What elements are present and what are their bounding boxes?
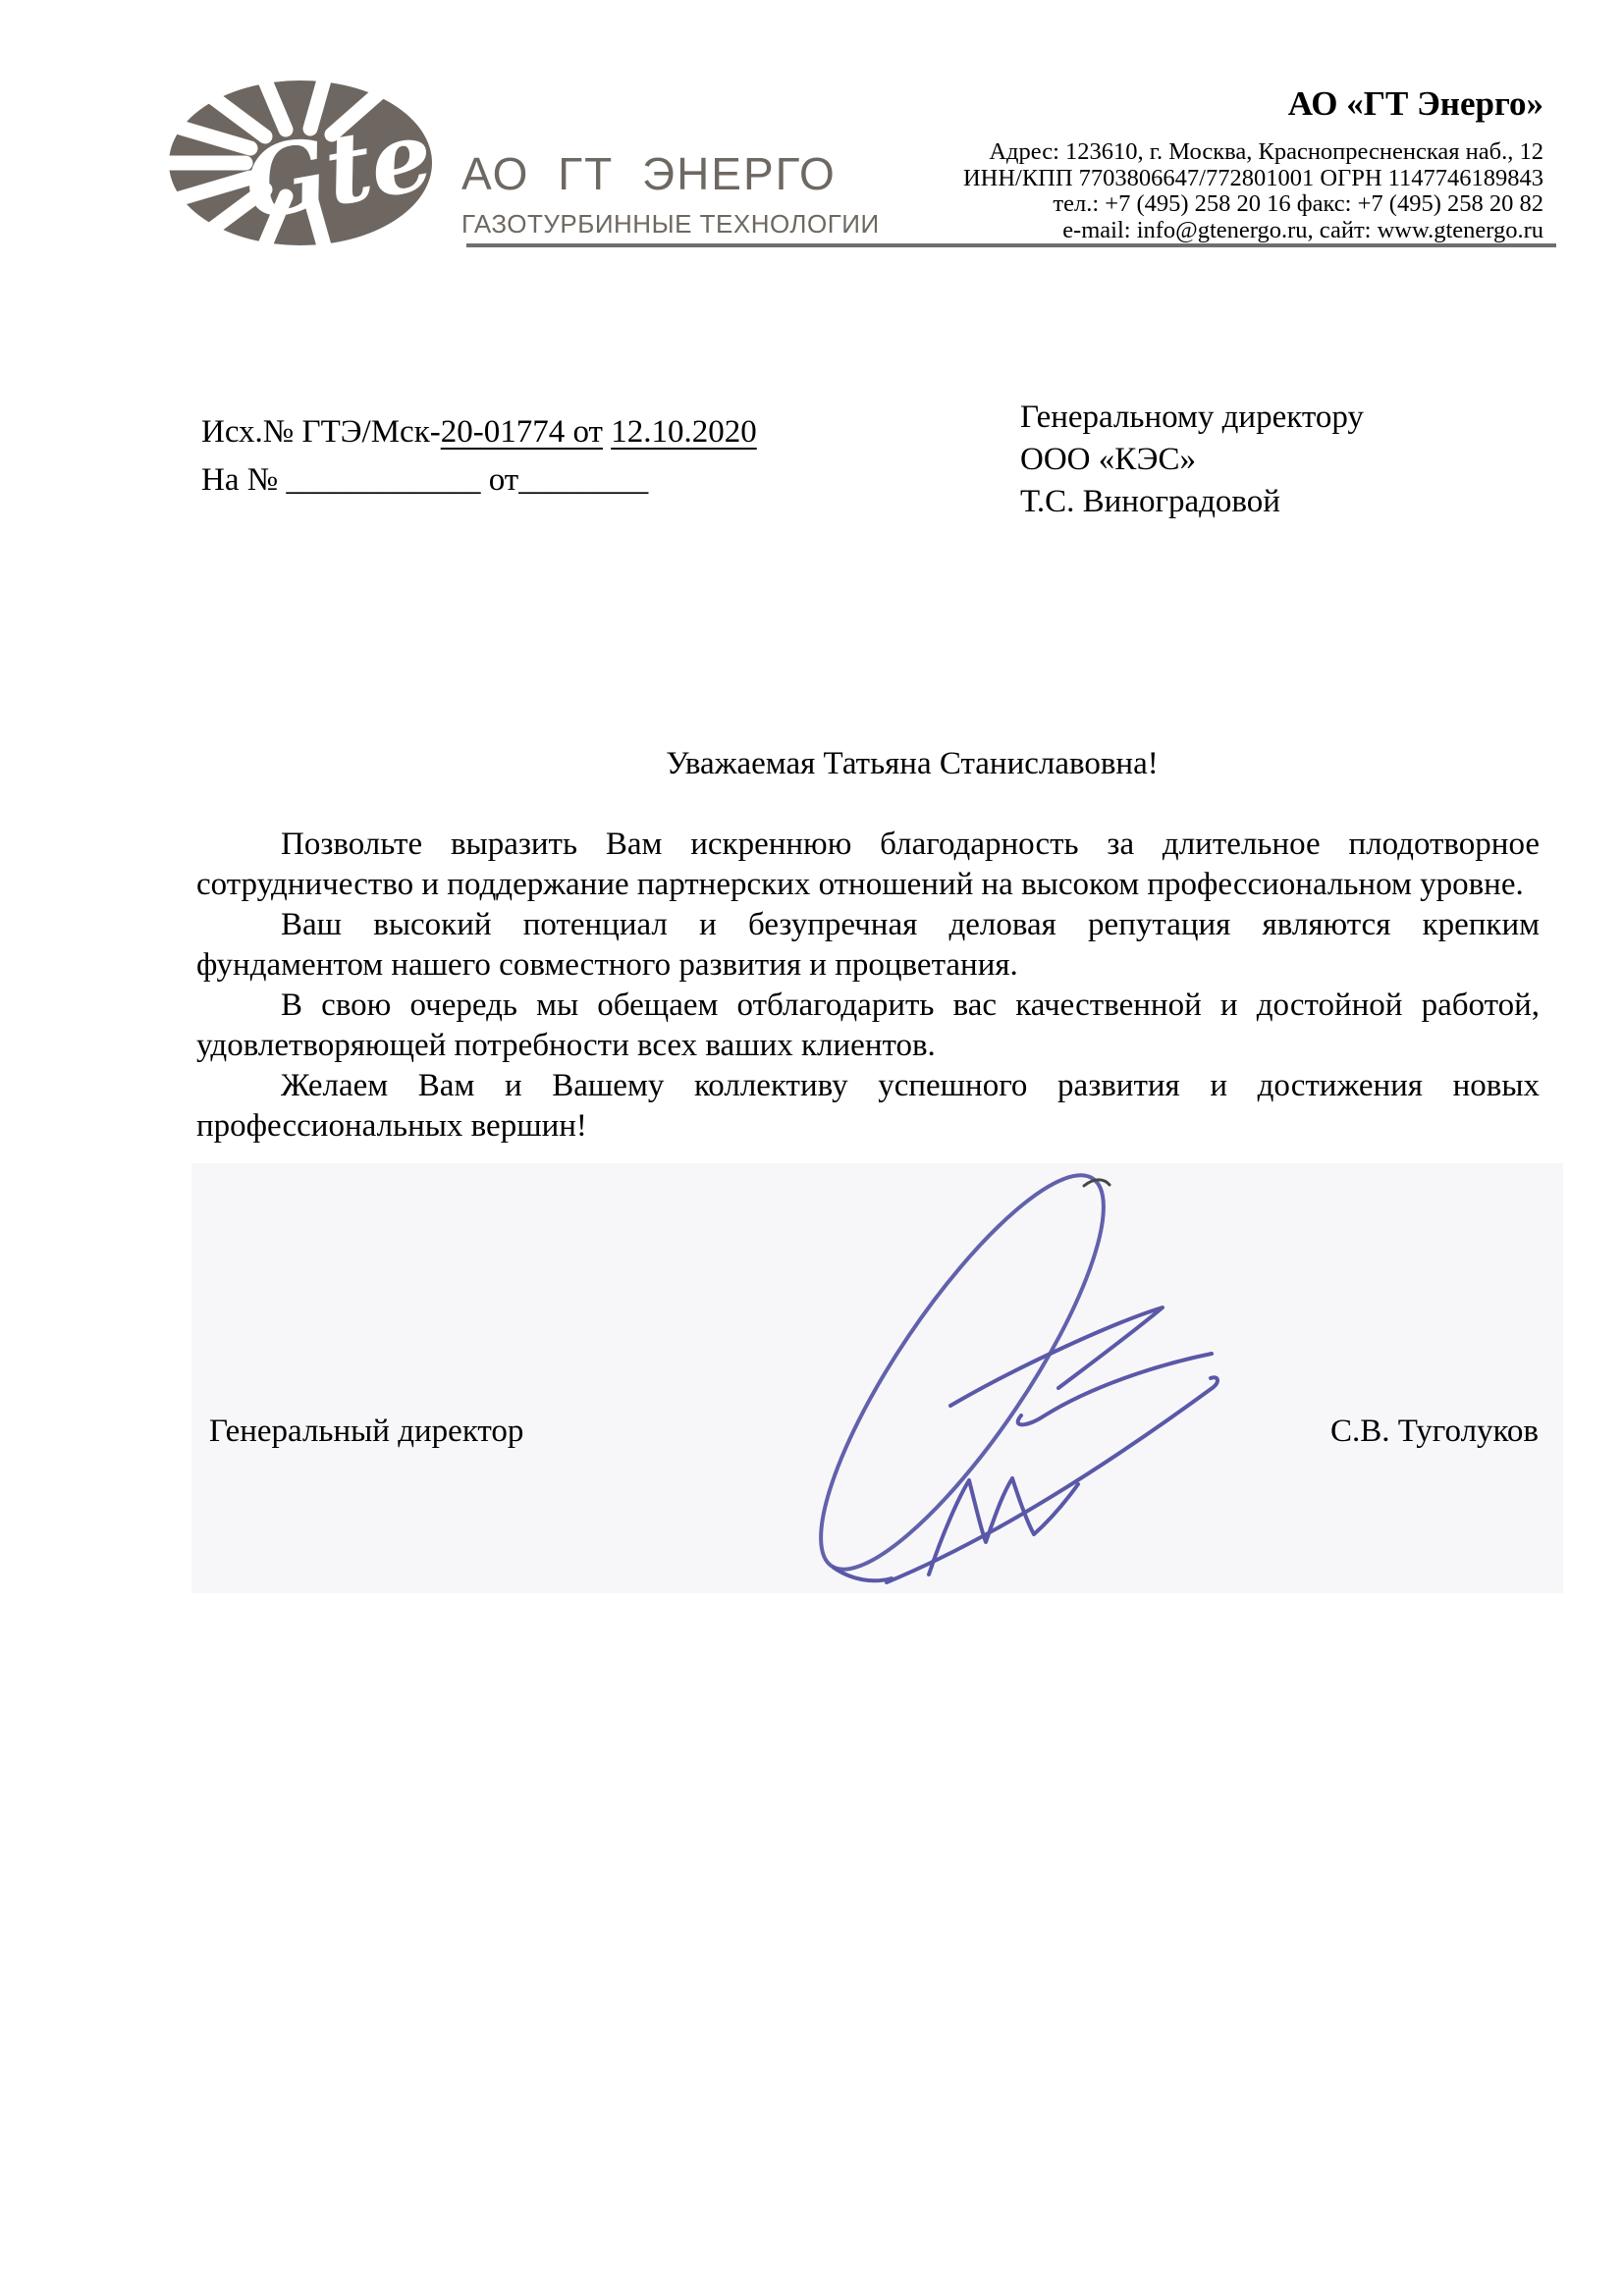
- paragraph: Ваш высокий потенциал и безупречная дело…: [196, 905, 1540, 986]
- incoming-ref-of: от: [489, 462, 519, 498]
- org-inn-line: ИНН/КПП 7703806647/772801001 ОГРН 114774…: [963, 166, 1543, 192]
- signature-scan-area: Генеральный директор С.В. Туголуков: [191, 1163, 1563, 1593]
- org-contacts: Адрес: 123610, г. Москва, Краснопресненс…: [963, 139, 1543, 243]
- reference-block: Исх.№ ГТЭ/Мск-20-01774 от 12.10.2020 На …: [201, 408, 757, 505]
- gte-logo: Gte: [155, 61, 442, 253]
- signature-row: Генеральный директор С.В. Туголуков: [209, 1414, 1539, 1450]
- handwritten-signature: [0, 0, 1624, 2296]
- letter-body: Позвольте выразить Вам искреннюю благода…: [196, 825, 1540, 1147]
- outgoing-ref-line: Исх.№ ГТЭ/Мск-20-01774 от 12.10.2020: [201, 408, 757, 456]
- signer-position: Генеральный директор: [209, 1414, 523, 1450]
- org-email-line: e-mail: info@gtenergo.ru, сайт: www.gten…: [963, 218, 1543, 244]
- org-title: АО «ГТ Энерго»: [1288, 84, 1543, 124]
- incoming-ref-date-blank: ________: [518, 462, 648, 498]
- recipient-company: ООО «КЭС»: [1020, 439, 1364, 481]
- signer-name: С.В. Туголуков: [1330, 1414, 1539, 1450]
- salutation: Уважаемая Татьяна Станиславовна!: [196, 746, 1540, 782]
- outgoing-ref-date: 12.10.2020: [611, 414, 757, 450]
- header-divider: [466, 243, 1556, 247]
- org-phone-line: тел.: +7 (495) 258 20 16 факс: +7 (495) …: [963, 191, 1543, 218]
- outgoing-ref-number: 20-01774 от: [441, 414, 603, 450]
- brand-name: АО ГТ ЭНЕРГО: [461, 147, 880, 200]
- recipient-block: Генеральному директору ООО «КЭС» Т.С. Ви…: [1020, 397, 1364, 523]
- paragraph: В свою очередь мы обещаем отблагодарить …: [196, 986, 1540, 1066]
- recipient-person: Т.С. Виноградовой: [1020, 481, 1364, 523]
- brand-block: АО ГТ ЭНЕРГО ГАЗОТУРБИННЫЕ ТЕХНОЛОГИИ: [461, 147, 880, 240]
- incoming-ref-label: На №: [201, 462, 278, 498]
- brand-tagline: ГАЗОТУРБИННЫЕ ТЕХНОЛОГИИ: [461, 209, 880, 240]
- letter-page: Gte АО ГТ ЭНЕРГО ГАЗОТУРБИННЫЕ ТЕХНОЛОГИ…: [0, 0, 1624, 2296]
- incoming-ref-blank: ____________: [286, 462, 480, 498]
- org-address-line: Адрес: 123610, г. Москва, Краснопресненс…: [963, 139, 1543, 166]
- paragraph: Желаем Вам и Вашему коллективу успешного…: [196, 1066, 1540, 1147]
- paragraph: Позвольте выразить Вам искреннюю благода…: [196, 825, 1540, 905]
- recipient-position: Генеральному директору: [1020, 397, 1364, 439]
- outgoing-ref-prefix: Исх.№ ГТЭ/Мск-: [201, 414, 441, 450]
- incoming-ref-line: На № ____________ от________: [201, 456, 757, 505]
